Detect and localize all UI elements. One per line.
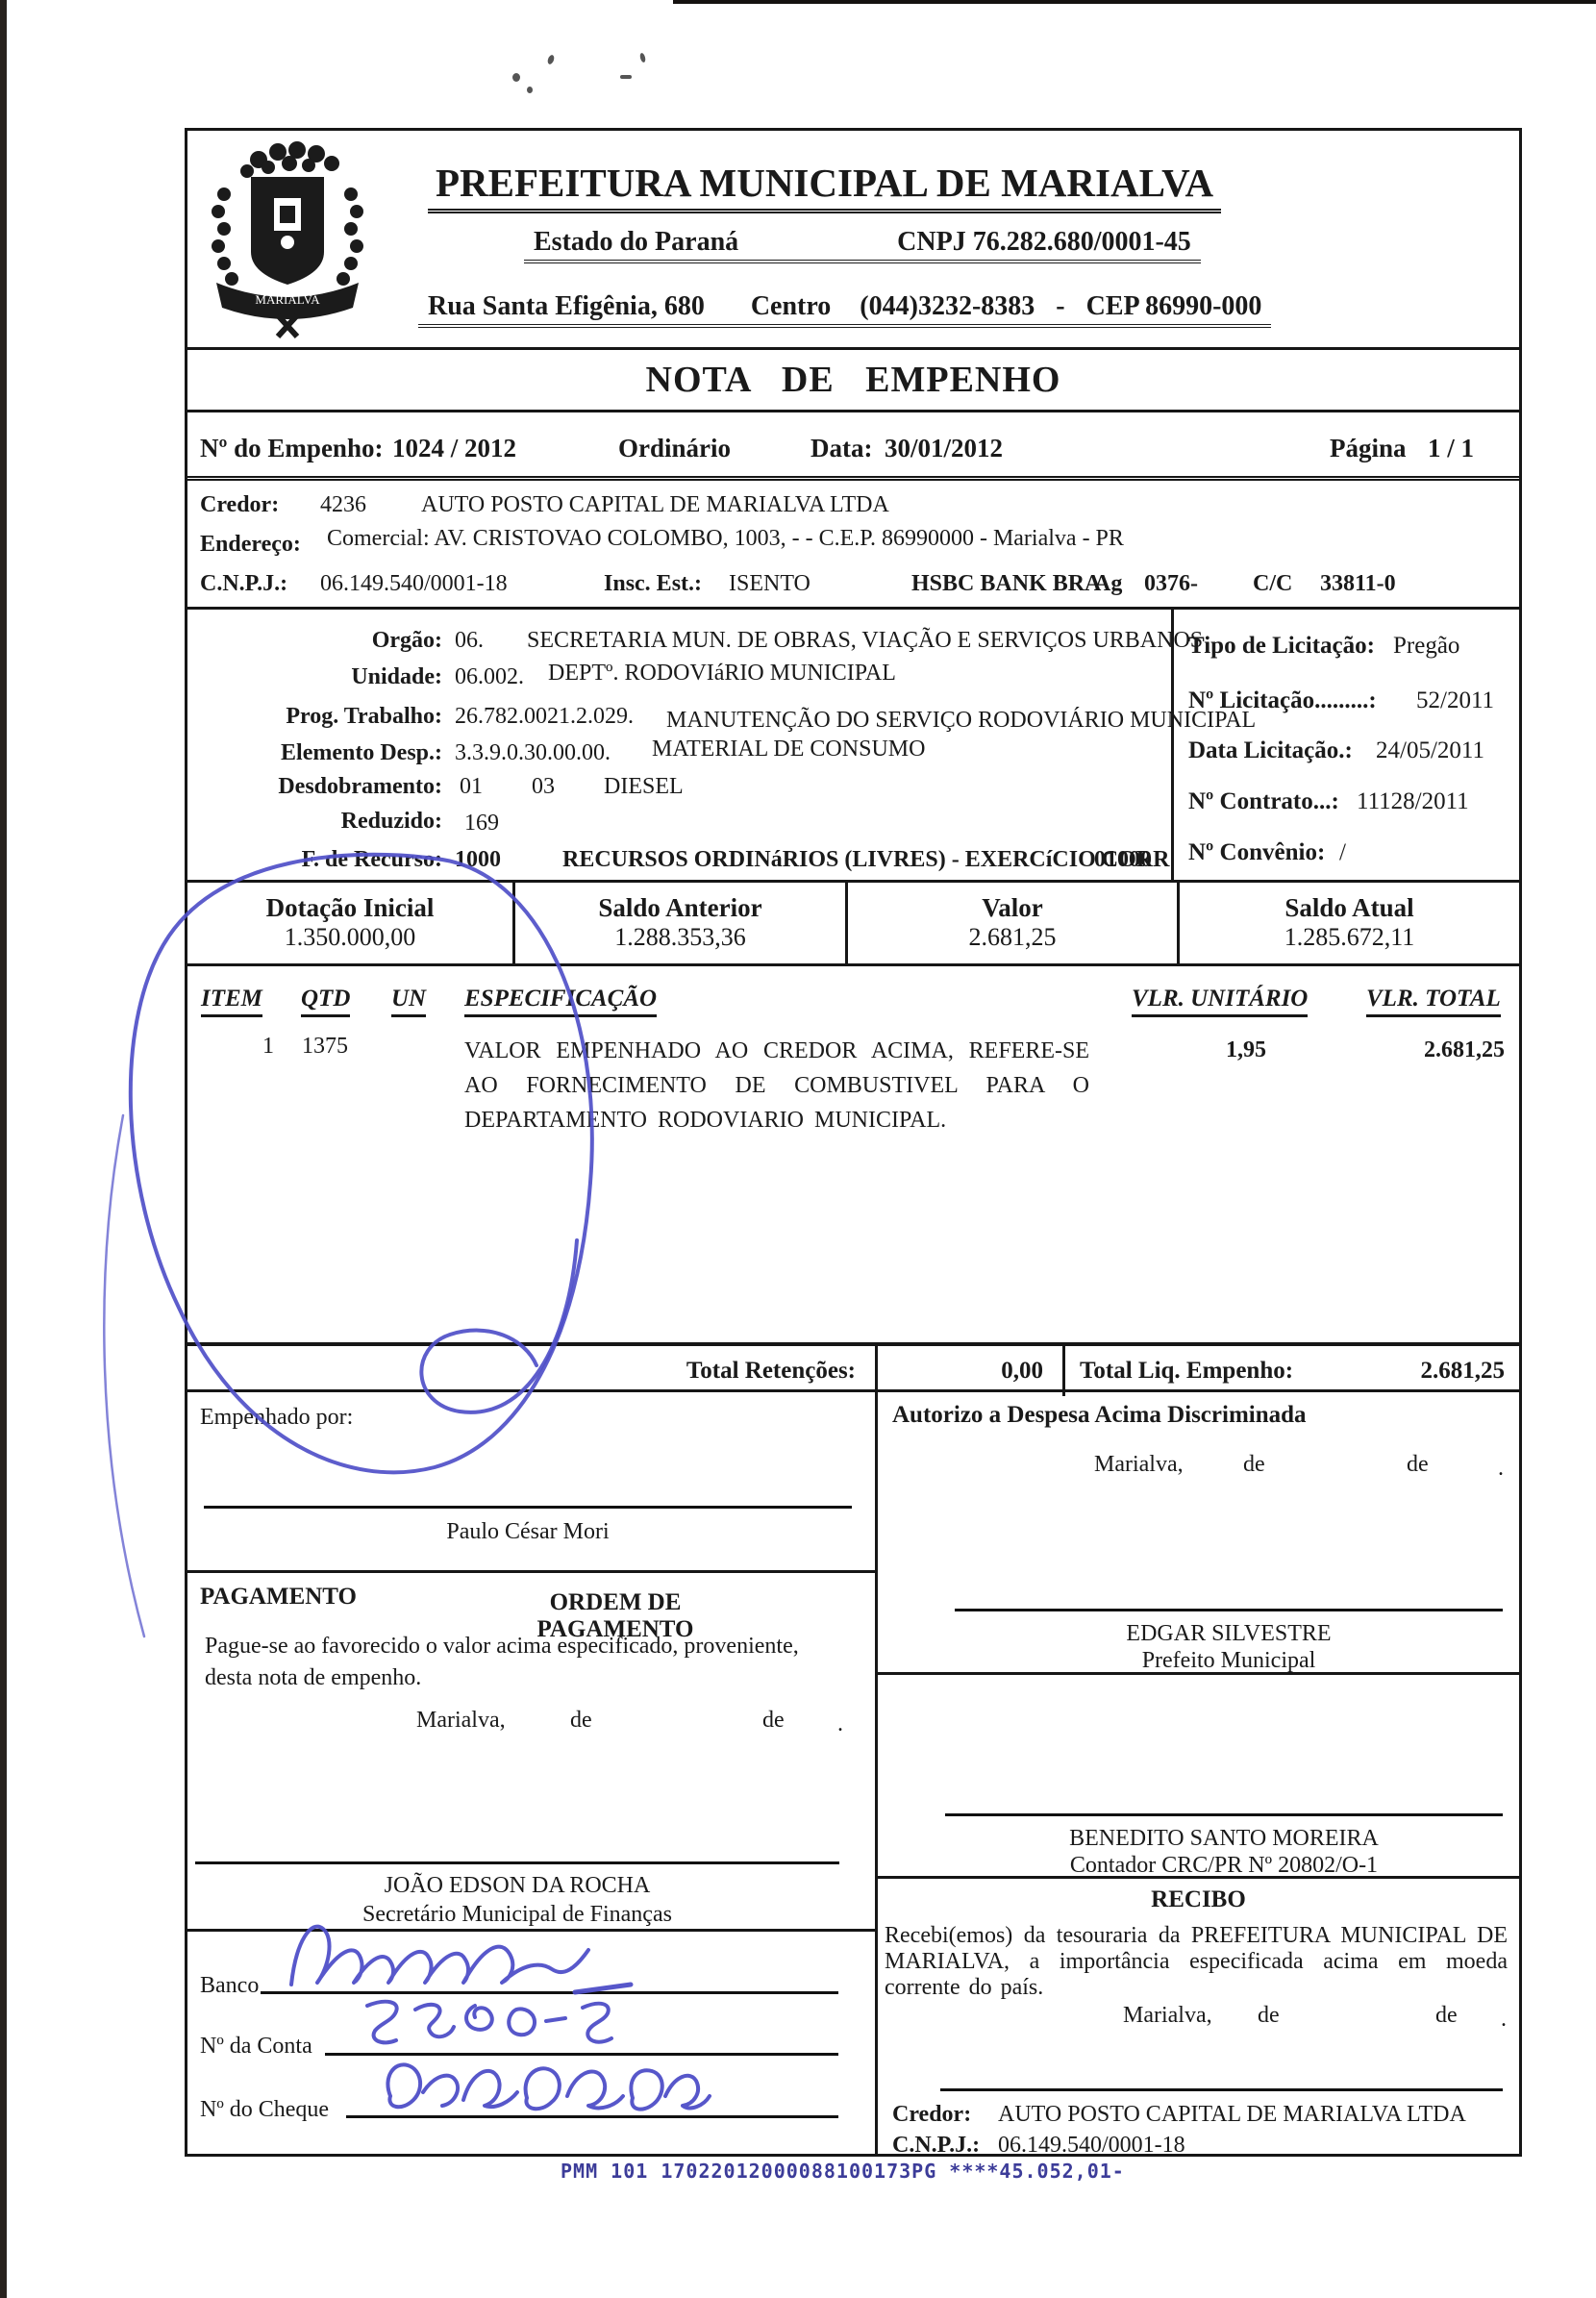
recibo-city: Marialva, [1123, 2003, 1212, 2029]
pagamento-city: Marialva, [416, 1708, 506, 1734]
recibo-title: RECIBO [878, 1886, 1519, 1913]
empenho-number-value: 1024 / 2012 [392, 434, 516, 463]
cheque-line [346, 2115, 838, 2118]
scan-speck [546, 54, 555, 64]
scan-edge-left [0, 0, 7, 2298]
orgao-name: SECRETARIA MUN. DE OBRAS, VIAÇÃO E SERVI… [527, 628, 1203, 654]
col-header-item: ITEM [201, 986, 262, 1017]
item-vlr-total: 2.681,25 [1409, 1037, 1505, 1063]
desdobramento-code1: 01 [460, 774, 483, 800]
scan-edge-top [673, 0, 1596, 4]
totals-divider-1 [875, 1346, 878, 1396]
total-retencoes-label: Total Retenções: [591, 1358, 856, 1385]
pagamento-dot: . [837, 1711, 843, 1737]
unidade-label: Unidade: [187, 664, 442, 690]
empenhado-signature-line [204, 1506, 852, 1509]
secretario-role: Secretário Municipal de Finanças [195, 1902, 839, 1928]
account-value: 33811-0 [1320, 571, 1396, 597]
total-retencoes-value: 0,00 [889, 1358, 1043, 1385]
prog-trabalho-label: Prog. Trabalho: [187, 704, 442, 730]
elemento-label: Elemento Desp.: [187, 740, 442, 766]
recurso-code: 1000 [455, 847, 501, 873]
recibo-de1: de [1258, 2003, 1280, 2029]
scanned-document-page: MARIALVA PREFEITURA MUNICIPAL DE MARIALV… [0, 0, 1596, 2298]
desdobramento-name: DIESEL [604, 774, 684, 800]
valor-label: Valor [848, 893, 1177, 922]
conta-line [325, 2053, 838, 2056]
bank-name: HSBC BANK BRA [911, 571, 1101, 597]
saldo-atual-cell: Saldo Atual 1.285.672,11 [1180, 883, 1519, 963]
col-header-vlr-unitario: VLR. UNITÁRIO [1132, 986, 1308, 1017]
contador-signature-line [945, 1813, 1503, 1816]
pagamento-de1: de [570, 1708, 592, 1734]
recurso-label: F. de Recurso: [187, 847, 442, 873]
org-cep-sep: - [1056, 291, 1064, 321]
tipo-licitacao-label: Tipo de Licitação: [1188, 633, 1375, 660]
credor-cnpj-label: C.N.P.J.: [200, 571, 287, 597]
num-licitacao-label: Nº Licitação.........: [1188, 687, 1377, 714]
saldo-anterior-value: 1.288.353,36 [515, 922, 845, 953]
scan-speck [527, 87, 533, 93]
saldo-anterior-cell: Saldo Anterior 1.288.353,36 [515, 883, 848, 963]
empenho-date: 30/01/2012 [885, 434, 1003, 463]
budget-box: Orgão: 06. SECRETARIA MUN. DE OBRAS, VIA… [187, 610, 1519, 883]
org-title: PREFEITURA MUNICIPAL DE MARIALVA [428, 160, 1221, 213]
item-qtd: 1375 [302, 1034, 348, 1060]
total-liq-label: Total Liq. Empenho: [1080, 1358, 1293, 1385]
elemento-code: 3.3.9.0.30.00.00. [455, 740, 611, 766]
org-phone: (044)3232-8383 [860, 291, 1035, 321]
valor-cell: Valor 2.681,25 [848, 883, 1180, 963]
org-subtitle: Estado do ParanáCNPJ 76.282.680/0001-45 [524, 227, 1201, 263]
col-header-un: UN [391, 986, 426, 1017]
cheque-label: Nº do Cheque [200, 2097, 329, 2123]
marialva-coat-of-arms-logo: MARIALVA [195, 138, 380, 340]
elemento-name: MATERIAL DE CONSUMO [652, 737, 925, 762]
item-number: 1 [262, 1034, 274, 1060]
orgao-code: 06. [455, 628, 484, 654]
recibo-cnpj-value: 06.149.540/0001-18 [998, 2133, 1185, 2159]
scan-speck [620, 75, 632, 79]
secretario-signature-line [195, 1861, 839, 1864]
dotacao-inicial-value: 1.350.000,00 [187, 922, 512, 953]
num-convenio-label: Nº Convênio: [1188, 839, 1325, 866]
recibo-body: Recebi(emos) da tesouraria da PREFEITURA… [885, 1923, 1508, 2001]
empenho-date-label: Data: [810, 434, 872, 463]
num-contrato-label: Nº Contrato...: [1188, 788, 1339, 815]
conta-label: Nº da Conta [200, 2034, 312, 2060]
page-label: Página [1330, 434, 1407, 463]
tipo-licitacao-value: Pregão [1393, 633, 1459, 660]
autorizo-de2: de [1407, 1452, 1429, 1478]
doc-title: NOTA DE EMPENHO [646, 359, 1061, 401]
page-value: 1 / 1 [1428, 434, 1474, 463]
totals-divider-2 [1062, 1346, 1065, 1396]
agency-label: Ag [1094, 571, 1122, 597]
saldo-atual-value: 1.285.672,11 [1180, 922, 1519, 953]
credor-cnpj-value: 06.149.540/0001-18 [320, 571, 508, 597]
dotacao-inicial-cell: Dotação Inicial 1.350.000,00 [187, 883, 515, 963]
num-convenio-value: / [1339, 839, 1346, 866]
recurso-name: RECURSOS ORDINáRIOS (LIVRES) - EXERCíCIO… [562, 847, 1169, 873]
org-cnpj: CNPJ 76.282.680/0001-45 [897, 227, 1191, 257]
org-state: Estado do Paraná [534, 227, 738, 257]
scan-speck [639, 53, 646, 63]
data-licitacao-value: 24/05/2011 [1376, 737, 1484, 764]
org-cep: CEP 86990-000 [1086, 291, 1262, 321]
insc-est-value: ISENTO [729, 571, 810, 597]
valor-value: 2.681,25 [848, 922, 1177, 953]
orgao-label: Orgão: [187, 628, 442, 654]
autorizo-title: Autorizo a Despesa Acima Discriminada [892, 1402, 1307, 1429]
reduzido-label: Reduzido: [187, 809, 442, 835]
desdobramento-code2: 03 [532, 774, 555, 800]
prog-trabalho-name: MANUTENÇÃO DO SERVIÇO RODOVIÁRIO MUNICIP… [666, 708, 1256, 734]
recurso-code2: 01000 [1082, 847, 1152, 873]
unidade-name: DEPTº. RODOVIáRIO MUNICIPAL [548, 661, 896, 687]
empenhado-name: Paulo César Mori [204, 1519, 852, 1545]
banco-label: Banco [200, 1973, 259, 1999]
empenho-kind: Ordinário [618, 434, 731, 463]
prefeito-name: EDGAR SILVESTRE [955, 1621, 1503, 1647]
recibo-credor-label: Credor: [892, 2102, 971, 2128]
prog-trabalho-code: 26.782.0021.2.029. [455, 704, 634, 730]
recibo-signature-line [940, 2088, 1503, 2091]
totals-row: Total Retenções: 0,00 Total Liq. Empenho… [187, 1342, 1519, 1392]
signatures-area: Empenhado por: Paulo César Mori PAGAMENT… [187, 1392, 1519, 2154]
credor-box: Credor: 4236 AUTO POSTO CAPITAL DE MARIA… [187, 481, 1519, 610]
pagamento-body: Pague-se ao favorecido o valor acima esp… [205, 1631, 835, 1694]
credor-name: AUTO POSTO CAPITAL DE MARIALVA LTDA [421, 492, 889, 518]
reduzido-code: 169 [464, 811, 499, 837]
saldo-atual-label: Saldo Atual [1180, 893, 1519, 922]
recibo-box-top-border [878, 1876, 1519, 1879]
empenho-number-label: Nº do Empenho: [200, 434, 383, 463]
logo-banner-text: MARIALVA [255, 292, 320, 307]
prefeito-signature-line [955, 1609, 1503, 1611]
dotmatrix-footer-line: PMM 101 17022012000088100173PG ****45.05… [561, 2160, 1125, 2183]
org-street: Rua Santa Efigênia, 680 [428, 291, 705, 321]
dotacao-row: Dotação Inicial 1.350.000,00 Saldo Anter… [187, 883, 1519, 966]
scan-speck [512, 73, 520, 82]
num-contrato-value: 11128/2011 [1357, 788, 1469, 815]
pagamento-de2: de [762, 1708, 785, 1734]
agency-value: 0376- [1144, 571, 1198, 597]
col-header-vlr-total: VLR. TOTAL [1366, 986, 1501, 1017]
pagamento-title: PAGAMENTO [200, 1584, 357, 1611]
empenhado-por-label: Empenhado por: [200, 1405, 353, 1431]
recibo-cnpj-label: C.N.P.J.: [892, 2133, 980, 2159]
doc-title-band: NOTA DE EMPENHO [187, 347, 1519, 412]
item-especificacao: VALOR EMPENHADO AO CREDOR ACIMA, REFERE-… [464, 1034, 1089, 1137]
autorizo-dot: . [1498, 1456, 1504, 1482]
licitacao-column: Tipo de Licitação: Pregão Nº Licitação..… [1171, 610, 1522, 883]
contador-box-top-border [878, 1672, 1519, 1675]
autorizo-city: Marialva, [1094, 1452, 1184, 1478]
item-vlr-unitario: 1,95 [1226, 1037, 1266, 1063]
pagamento-box-top-border [187, 1570, 875, 1573]
lower-vertical-divider [875, 1392, 878, 2154]
contador-role: Contador CRC/PR Nº 20802/O-1 [945, 1853, 1503, 1879]
pen-tail [104, 1115, 144, 1636]
prefeito-role: Prefeito Municipal [955, 1648, 1503, 1674]
recibo-dot: . [1501, 2007, 1507, 2033]
empenho-number-row: Nº do Empenho: 1024 / 2012 Ordinário Dat… [187, 412, 1519, 481]
account-label: C/C [1253, 571, 1292, 597]
secretario-name: JOÃO EDSON DA ROCHA [195, 1873, 839, 1899]
contador-name: BENEDITO SANTO MOREIRA [945, 1826, 1503, 1852]
recibo-credor-value: AUTO POSTO CAPITAL DE MARIALVA LTDA [998, 2102, 1466, 2128]
dotacao-inicial-label: Dotação Inicial [187, 893, 512, 922]
bank-box-top-border [187, 1929, 875, 1932]
items-table: ITEM QTD UN ESPECIFICAÇÃO VLR. UNITÁRIO … [187, 966, 1519, 1342]
total-liq-value: 2.681,25 [1380, 1358, 1505, 1385]
letterhead: MARIALVA PREFEITURA MUNICIPAL DE MARIALV… [187, 131, 1519, 347]
autorizo-de1: de [1243, 1452, 1265, 1478]
credor-label: Credor: [200, 492, 279, 518]
unidade-code: 06.002. [455, 664, 524, 690]
saldo-anterior-label: Saldo Anterior [515, 893, 845, 922]
num-licitacao-value: 52/2011 [1416, 687, 1494, 714]
nota-de-empenho-form: MARIALVA PREFEITURA MUNICIPAL DE MARIALV… [185, 128, 1522, 2157]
col-header-qtd: QTD [301, 986, 350, 1017]
banco-line [261, 1991, 838, 1994]
insc-est-label: Insc. Est.: [604, 571, 702, 597]
data-licitacao-label: Data Licitação.: [1188, 737, 1353, 764]
recibo-de2: de [1435, 2003, 1458, 2029]
credor-code: 4236 [320, 492, 366, 518]
org-address: Rua Santa Efigênia, 680Centro(044)3232-8… [418, 291, 1271, 328]
endereco-label: Endereço: [200, 532, 301, 558]
desdobramento-label: Desdobramento: [187, 774, 442, 800]
col-header-especificacao: ESPECIFICAÇÃO [464, 986, 657, 1017]
org-district: Centro [751, 291, 831, 321]
endereco-value: Comercial: AV. CRISTOVAO COLOMBO, 1003, … [327, 526, 1124, 552]
